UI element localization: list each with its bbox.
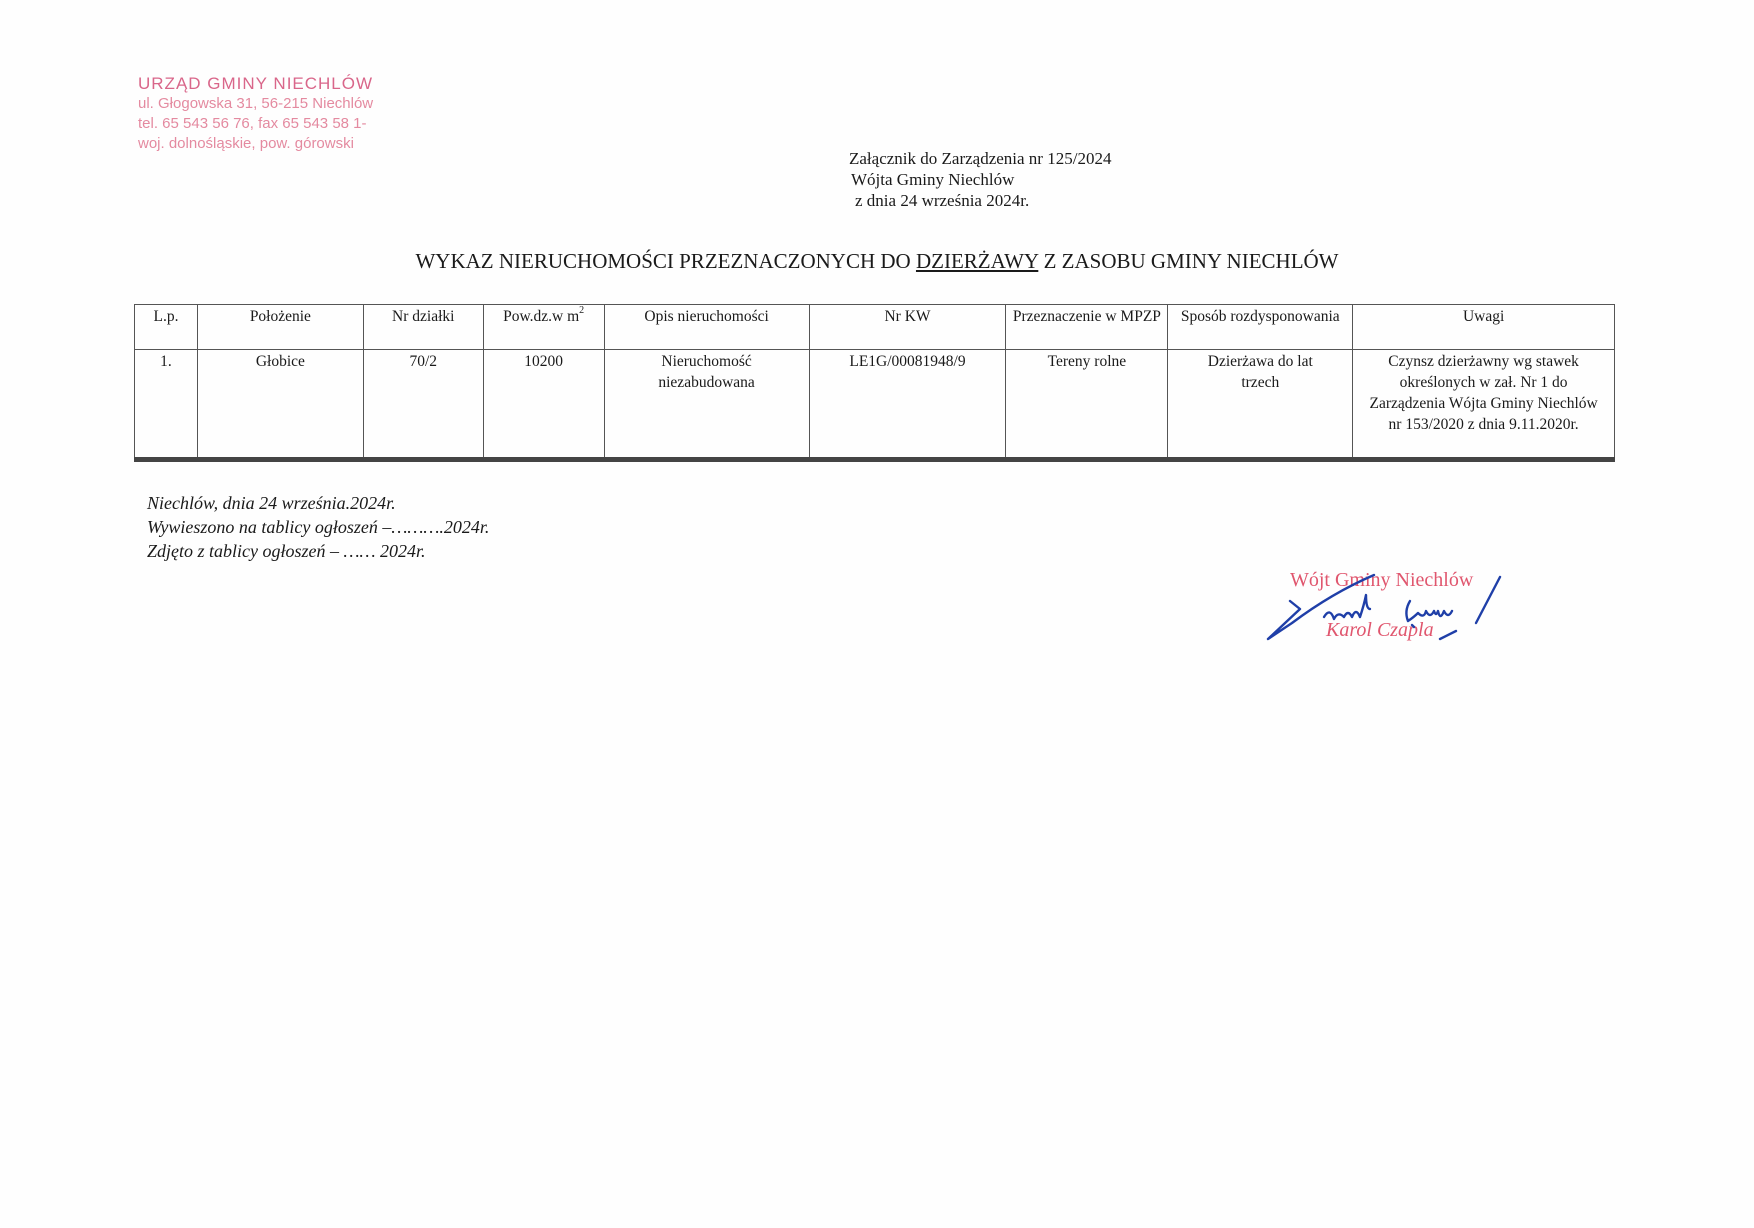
header-pow: Pow.dz.w m2 [483,305,604,350]
cell-pow: 10200 [483,350,604,460]
header-uwagi: Uwagi [1353,305,1615,350]
header-nr-dzialki: Nr działki [363,305,483,350]
office-stamp-address: ul. Głogowska 31, 56-215 Niechlów [138,94,418,114]
header-przeznaczenie: Przeznaczenie w MPZP [1006,305,1168,350]
date-line: Niechlów, dnia 24 września.2024r. [147,491,489,515]
cell-przeznaczenie: Tereny rolne [1006,350,1168,460]
header-nr-kw: Nr KW [809,305,1006,350]
cell-sposob: Dzierżawa do lat trzech [1168,350,1353,460]
title-part-1: WYKAZ NIERUCHOMOŚCI PRZEZNACZONYCH DO [415,249,916,273]
header-opis: Opis nieruchomości [604,305,809,350]
table-header-row: L.p. Położenie Nr działki Pow.dz.w m2 Op… [135,305,1615,350]
annex-line-2: Wójta Gminy Niechlów [849,169,1111,190]
handwritten-signature-icon [1262,565,1532,655]
office-stamp-region: woj. dolnośląskie, pow. górowski [138,134,418,154]
cell-uwagi: Czynsz dzierżawny wg stawek określonych … [1353,350,1615,460]
office-stamp-phone: tel. 65 543 56 76, fax 65 543 58 1- [138,114,418,134]
removed-line: Zdjęto z tablicy ogłoszeń – …… 2024r. [147,539,489,563]
office-stamp: URZĄD GMINY NIECHLÓW ul. Głogowska 31, 5… [138,74,418,154]
header-lp: L.p. [135,305,198,350]
document-title: WYKAZ NIERUCHOMOŚCI PRZEZNACZONYCH DO DZ… [0,249,1754,274]
posted-line: Wywieszono na tablicy ogłoszeń –……….2024… [147,515,489,539]
office-stamp-title: URZĄD GMINY NIECHLÓW [138,74,418,94]
annex-line-3: z dnia 24 września 2024r. [849,190,1111,211]
signature-block: Wójt Gminy Niechlów Karol Czapla [1262,565,1532,655]
cell-nr-dzialki: 70/2 [363,350,483,460]
cell-opis: Nieruchomość niezabudowana [604,350,809,460]
title-underlined: DZIERŻAWY [916,249,1038,273]
header-polozenie: Położenie [197,305,363,350]
cell-nr-kw: LE1G/00081948/9 [809,350,1006,460]
property-table: L.p. Położenie Nr działki Pow.dz.w m2 Op… [134,304,1615,462]
posting-notes: Niechlów, dnia 24 września.2024r. Wywies… [147,491,489,563]
annex-line-1: Załącznik do Zarządzenia nr 125/2024 [849,148,1111,169]
cell-lp: 1. [135,350,198,460]
header-pow-sup: 2 [579,305,584,316]
header-pow-label: Pow.dz.w m [503,308,579,325]
table-row: 1. Głobice 70/2 10200 Nieruchomość nieza… [135,350,1615,460]
annex-reference: Załącznik do Zarządzenia nr 125/2024 Wój… [849,148,1111,211]
cell-polozenie: Głobice [197,350,363,460]
title-part-2: Z ZASOBU GMINY NIECHLÓW [1038,249,1338,273]
header-sposob: Sposób rozdysponowania [1168,305,1353,350]
